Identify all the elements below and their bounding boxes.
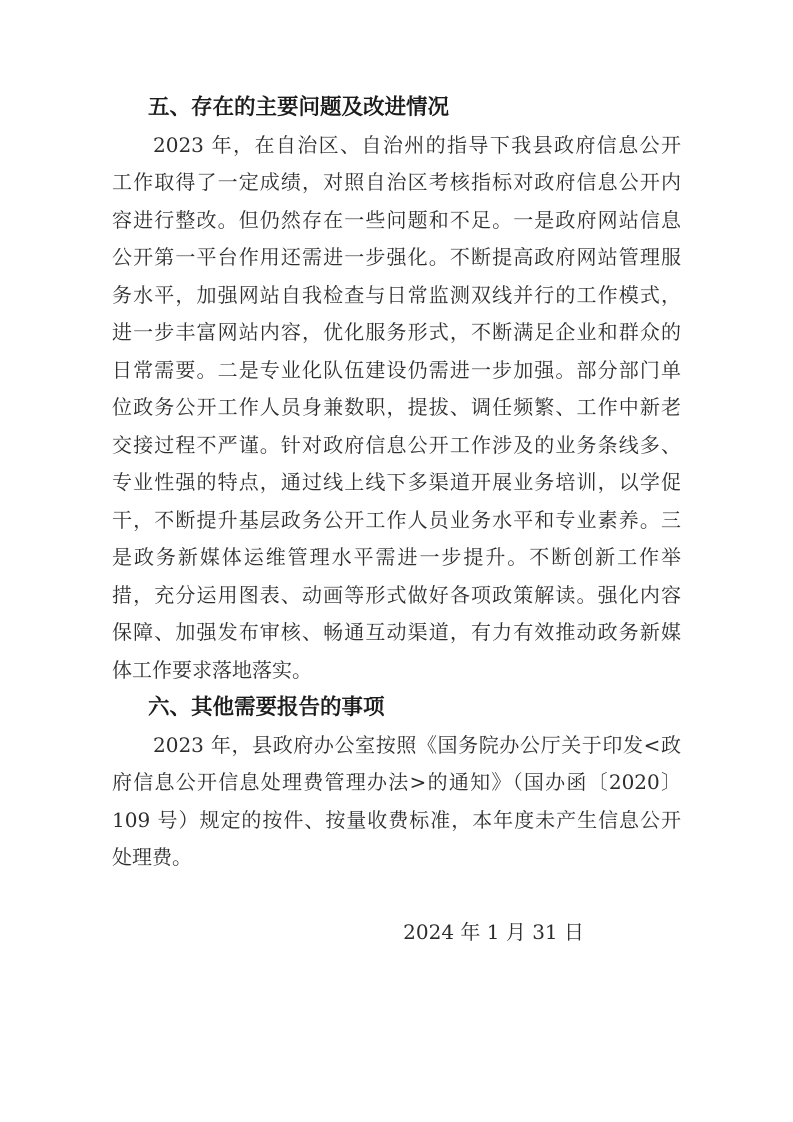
document-page: 五、存在的主要问题及改进情况 2023 年，在自治区、自治州的指导下我县政府信息… (0, 0, 793, 1122)
body-line: 位政务公开工作人员身兼数职，提拔、调任频繁、工作中新老 (112, 389, 681, 427)
body-line: 109 号）规定的按件、按量收费标准，本年度未产生信息公开 (112, 802, 681, 840)
body-line: 处理费。 (112, 839, 681, 877)
body-line: 进一步丰富网站内容，优化服务形式，不断满足企业和群众的 (112, 314, 681, 352)
body-line: 日常需要。二是专业化队伍建设仍需进一步加强。部分部门单 (112, 352, 681, 390)
body-line: 是政务新媒体运维管理水平需进一步提升。不断创新工作举 (112, 539, 681, 577)
body-line: 措，充分运用图表、动画等形式做好各项政策解读。强化内容 (112, 577, 681, 615)
body-line: 体工作要求落地落实。 (112, 652, 681, 690)
body-line: 工作取得了一定成绩，对照自治区考核指标对政府信息公开内 (112, 164, 681, 202)
body-line: 干，不断提升基层政务公开工作人员业务水平和专业素养。三 (112, 502, 681, 540)
body-line: 公开第一平台作用还需进一步强化。不断提高政府网站管理服 (112, 239, 681, 277)
body-line: 府信息公开信息处理费管理办法>的通知》（国办函〔2020〕 (112, 764, 681, 802)
section-heading-6: 六、其他需要报告的事项 (112, 689, 681, 727)
body-line: 专业性强的特点，通过线上线下多渠道开展业务培训，以学促 (112, 464, 681, 502)
section-heading-5: 五、存在的主要问题及改进情况 (112, 89, 681, 127)
body-line: 容进行整改。但仍然存在一些问题和不足。一是政府网站信息 (112, 202, 681, 240)
body-line: 2023 年，在自治区、自治州的指导下我县政府信息公开 (112, 127, 681, 165)
body-line: 2023 年，县政府办公室按照《国务院办公厅关于印发<政 (112, 727, 681, 765)
blank-line (112, 877, 681, 915)
document-content: 五、存在的主要问题及改进情况 2023 年，在自治区、自治州的指导下我县政府信息… (112, 89, 681, 952)
body-line: 交接过程不严谨。针对政府信息公开工作涉及的业务条线多、 (112, 427, 681, 465)
body-line: 务水平，加强网站自我检查与日常监测双线并行的工作模式， (112, 277, 681, 315)
body-line: 保障、加强发布审核、畅通互动渠道，有力有效推动政务新媒 (112, 614, 681, 652)
signature-date: 2024 年 1 月 31 日 (112, 914, 681, 952)
